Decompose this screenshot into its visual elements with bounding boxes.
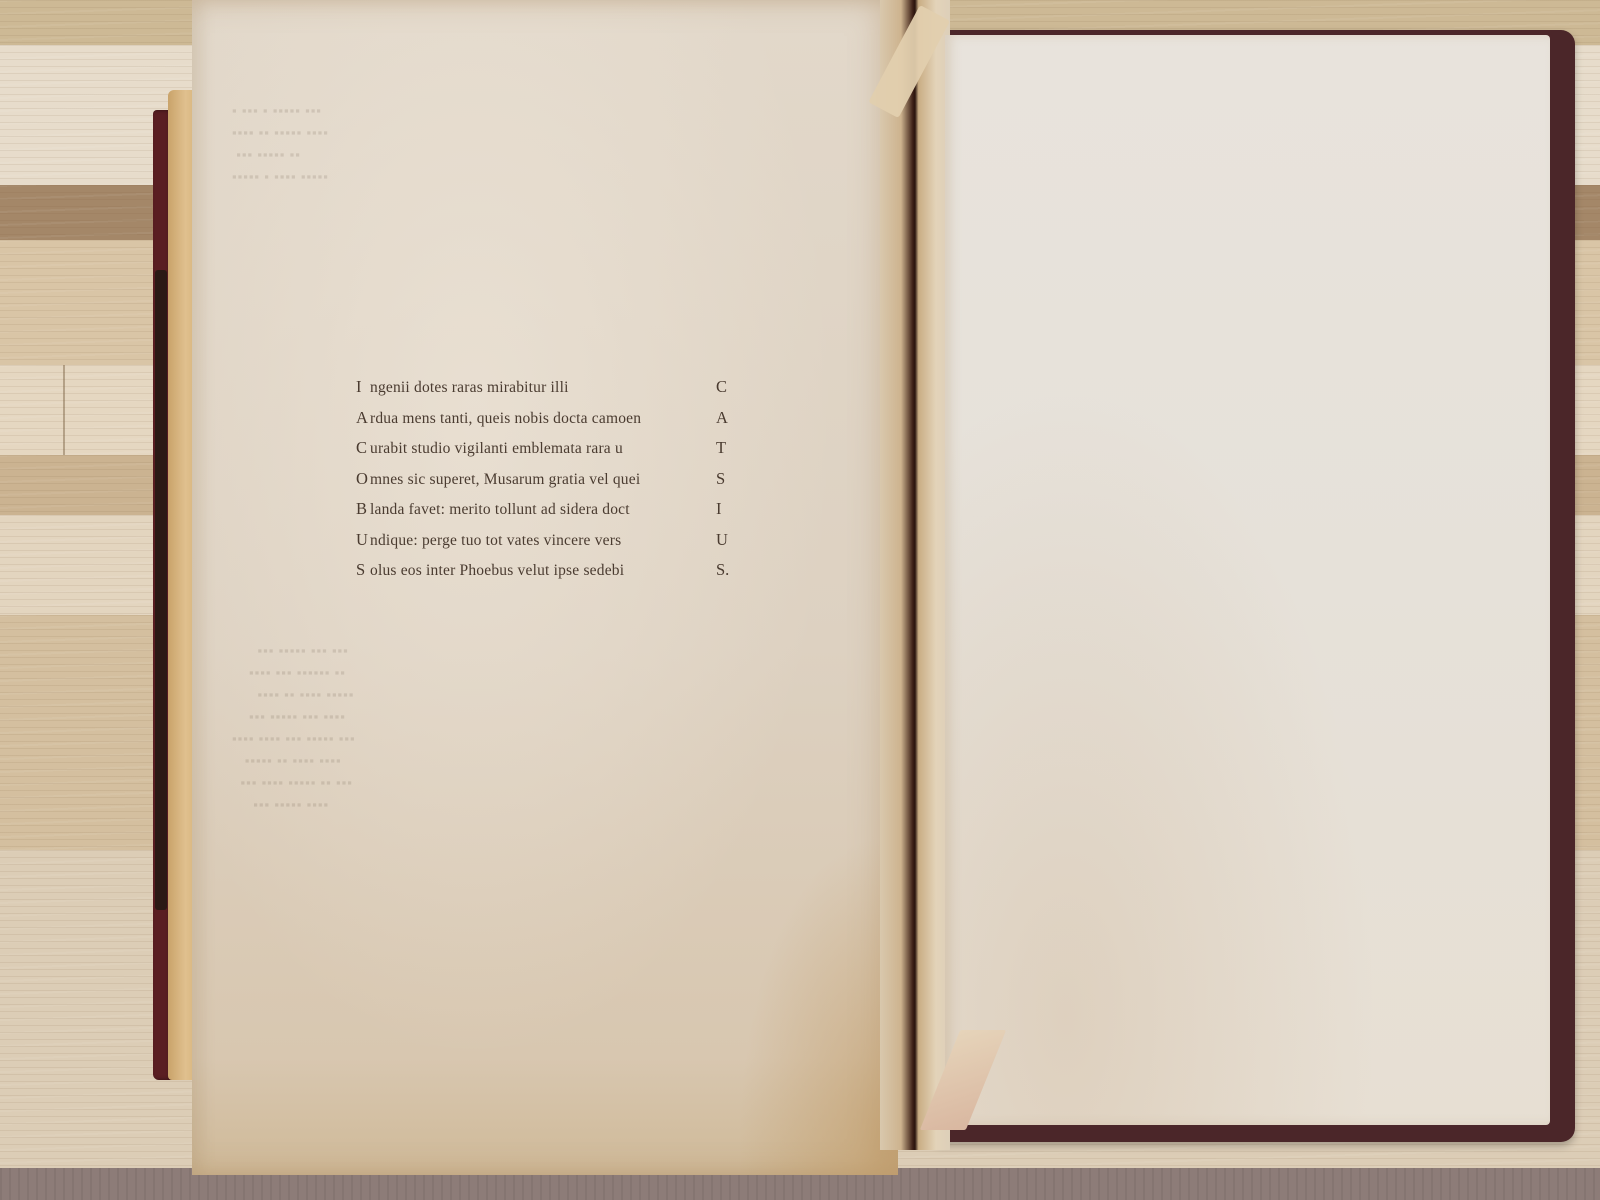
acrostic-final: I [716, 494, 722, 525]
line-text: olus eos inter Phoebus velut ipse sedebi [370, 562, 624, 579]
poem-line: Ingenii dotes raras mirabitur illi C [356, 372, 756, 403]
acrostic-initial: S [356, 555, 370, 586]
water-stain [738, 835, 898, 1175]
acrostic-initial: A [356, 403, 370, 434]
line-text: ngenii dotes raras mirabitur illi [370, 379, 569, 396]
acrostic-final: U [716, 525, 728, 556]
acrostic-initial: O [356, 464, 370, 495]
line-text: ndique: perge tuo tot vates vincere vers [370, 532, 621, 549]
acrostic-final: T [716, 433, 726, 464]
left-page: ▪ ▪▪▪ ▪ ▪▪▪▪▪ ▪▪▪ ▪▪▪▪ ▪▪ ▪▪▪▪▪ ▪▪▪▪ ▪▪▪… [192, 0, 898, 1175]
poem-line: Solus eos inter Phoebus velut ipse sedeb… [356, 555, 756, 586]
line-text: landa favet: merito tollunt ad sidera do… [370, 501, 630, 518]
poem-line: Curabit studio vigilanti emblemata rara … [356, 433, 756, 464]
acrostic-final: C [716, 372, 727, 403]
plank-seam [63, 365, 65, 455]
line-text: urabit studio vigilanti emblemata rara u [370, 440, 623, 457]
poem-line: Blanda favet: merito tollunt ad sidera d… [356, 494, 756, 525]
acrostic-final: S [716, 464, 725, 495]
poem-line: Omnes sic superet, Musarum gratia vel qu… [356, 464, 756, 495]
line-text: rdua mens tanti, queis nobis docta camoe… [370, 410, 641, 427]
acrostic-final: S. [716, 555, 729, 586]
acrostic-initial: B [356, 494, 370, 525]
acrostic-final: A [716, 403, 728, 434]
right-page-blank [945, 35, 1550, 1125]
book-photograph: ▪ ▪▪▪ ▪ ▪▪▪▪▪ ▪▪▪ ▪▪▪▪ ▪▪ ▪▪▪▪▪ ▪▪▪▪ ▪▪▪… [0, 0, 1600, 1200]
bleed-through-text: ▪ ▪▪▪ ▪ ▪▪▪▪▪ ▪▪▪ ▪▪▪▪ ▪▪ ▪▪▪▪▪ ▪▪▪▪ ▪▪▪… [232, 100, 329, 188]
poem-line: Ardua mens tanti, queis nobis docta camo… [356, 403, 756, 434]
book-gutter [880, 0, 950, 1150]
acrostic-initial: C [356, 433, 370, 464]
acrostic-poem: Ingenii dotes raras mirabitur illi C Ard… [356, 372, 756, 586]
line-text: mnes sic superet, Musarum gratia vel que… [370, 471, 640, 488]
bleed-through-text: ▪▪▪ ▪▪▪▪▪ ▪▪▪ ▪▪▪ ▪▪▪▪ ▪▪▪ ▪▪▪▪▪▪ ▪▪ ▪▪▪… [232, 640, 356, 816]
poem-line: Undique: perge tuo tot vates vincere ver… [356, 525, 756, 556]
acrostic-initial: U [356, 525, 370, 556]
acrostic-initial: I [356, 372, 370, 403]
